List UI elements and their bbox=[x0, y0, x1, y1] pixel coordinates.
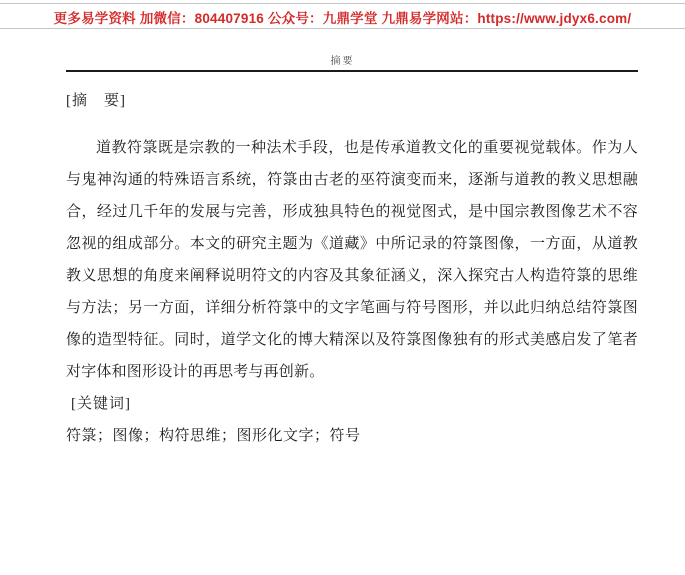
abstract-section: [摘 要] 道教符箓既是宗教的一种法术手段，也是传承道教文化的重要视觉载体。作为… bbox=[66, 90, 638, 447]
watermark-banner-text: 更多易学资料 加微信：804407916 公众号：九鼎学堂 九鼎易学网站：htt… bbox=[0, 7, 685, 27]
keywords-heading: [关键词] bbox=[66, 393, 638, 415]
keywords-body: 符箓；图像；构符思维；图形化文字；符号 bbox=[66, 425, 638, 447]
abstract-body: 道教符箓既是宗教的一种法术手段，也是传承道教文化的重要视觉载体。作为人与鬼神沟通… bbox=[66, 132, 638, 388]
top-rule bbox=[0, 3, 685, 4]
header-rule bbox=[66, 70, 638, 72]
banner-bottom-rule bbox=[0, 28, 685, 29]
running-head: 摘要 bbox=[0, 52, 685, 67]
abstract-heading: [摘 要] bbox=[66, 90, 638, 112]
